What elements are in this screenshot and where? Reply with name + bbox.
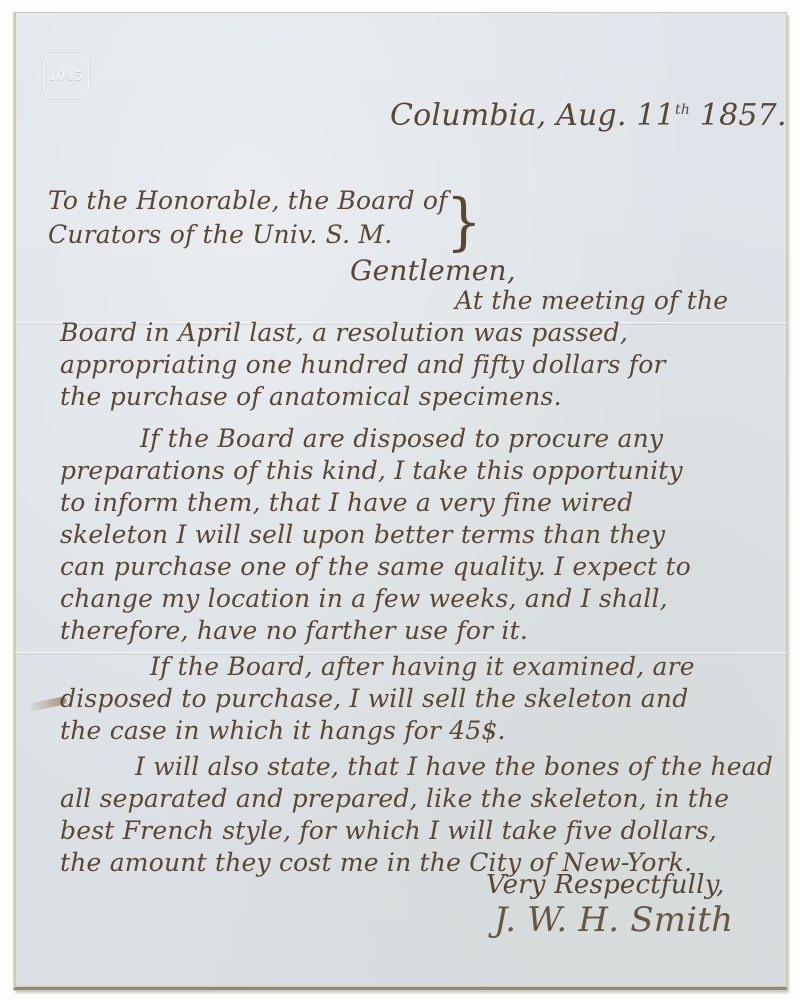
body-line: the case in which it hangs for 45$. [60,716,506,746]
body-line: preparations of this kind, I take this o… [60,456,683,486]
body-line: At the meeting of the [455,286,728,316]
body-line: I will also state, that I have the bones… [135,752,773,782]
address-line: Curators of the Univ. S. M. [48,220,392,249]
body-line: If the Board are disposed to procure any [140,424,663,454]
body-line: skeleton I will sell upon better terms t… [60,520,665,550]
dateline-date-suffix: th [675,102,690,118]
scanned-document: 1045 Columbia, Aug. 11th 1857. To the Ho… [0,0,800,1000]
address-line: To the Honorable, the Board of [48,186,448,215]
closing: Very Respectfully, [486,870,725,900]
body-line: therefore, have no farther use for it. [60,616,528,646]
body-line: all separated and prepared, like the ske… [60,784,729,814]
dateline-place: Columbia, [390,98,546,133]
body-line: can purchase one of the same quality. I … [60,552,691,582]
signature: J. W. H. Smith [494,900,733,940]
body-line: change my location in a few weeks, and I… [60,584,668,614]
body-line: disposed to purchase, I will sell the sk… [60,684,688,714]
body-line: best French style, for which I will take… [60,816,717,846]
salutation: Gentlemen, [350,254,516,287]
dateline-year: 1857. [700,98,787,133]
body-line: the purchase of anatomical specimens. [60,382,562,412]
embossed-stamp: 1045 [43,54,89,98]
body-line: Board in April last, a resolution was pa… [60,318,628,348]
address-brace: } [446,187,482,259]
body-line: appropriating one hundred and fifty doll… [60,350,666,380]
dateline-date: Aug. 11 [556,98,675,133]
dateline: Columbia, Aug. 11th 1857. [390,98,787,133]
body-line: If the Board, after having it examined, … [150,652,695,682]
body-line: to inform them, that I have a very fine … [60,488,633,518]
